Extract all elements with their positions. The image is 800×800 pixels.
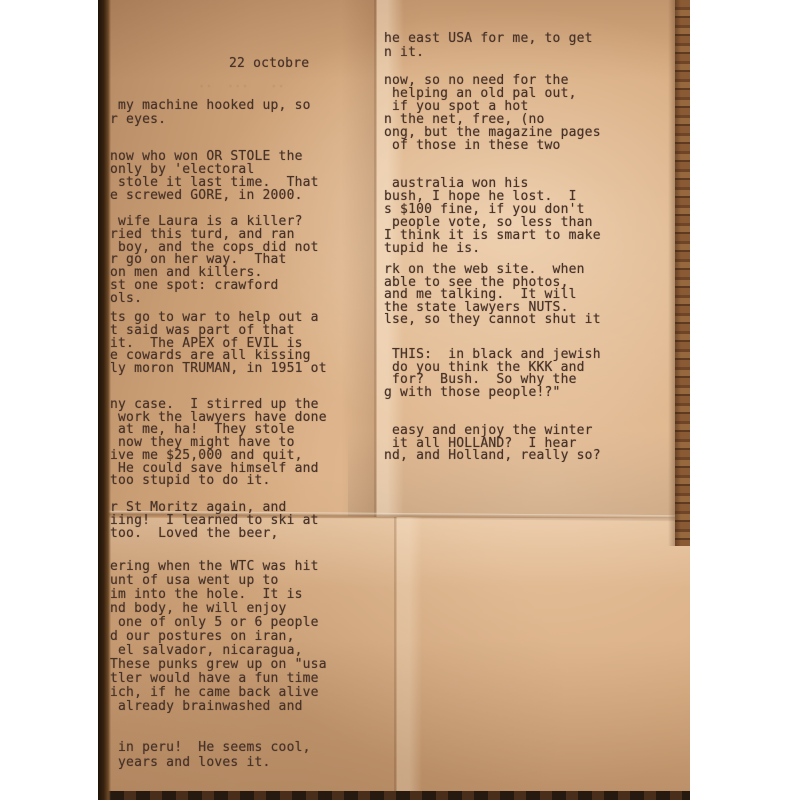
photo-background: .. ... .. 22 octobre my machine hooked u… <box>0 0 800 800</box>
letter-paragraph: THIS: in black and jewish do you think t… <box>384 349 601 400</box>
letter-paragraph: easy and enjoy the winter it all HOLLAND… <box>384 425 601 463</box>
letter-paragraph: rk on the web site. whenable to see the … <box>384 264 601 327</box>
letter-paragraph: he east USA for me, to getn it. <box>384 32 593 60</box>
letter-line: n it. <box>384 46 593 60</box>
letter-paragraph: australia won hisbush, I hope he lost. I… <box>384 177 601 255</box>
letter-line: he east USA for me, to get <box>384 32 593 46</box>
letter-line: of those in these two <box>384 139 601 152</box>
letter-photo: .. ... .. 22 octobre my machine hooked u… <box>98 0 690 800</box>
letter-line: nd, and Holland, really so? <box>384 450 601 463</box>
letter-line: tupid he is. <box>384 242 601 255</box>
letter-paragraph: now, so no need for the helping an old p… <box>384 74 601 152</box>
letter-column-right: he east USA for me, to getn it.now, so n… <box>98 0 690 800</box>
letter-line: lse, so they cannot shut it <box>384 314 601 327</box>
letter-line: g with those people!?" <box>384 387 601 400</box>
